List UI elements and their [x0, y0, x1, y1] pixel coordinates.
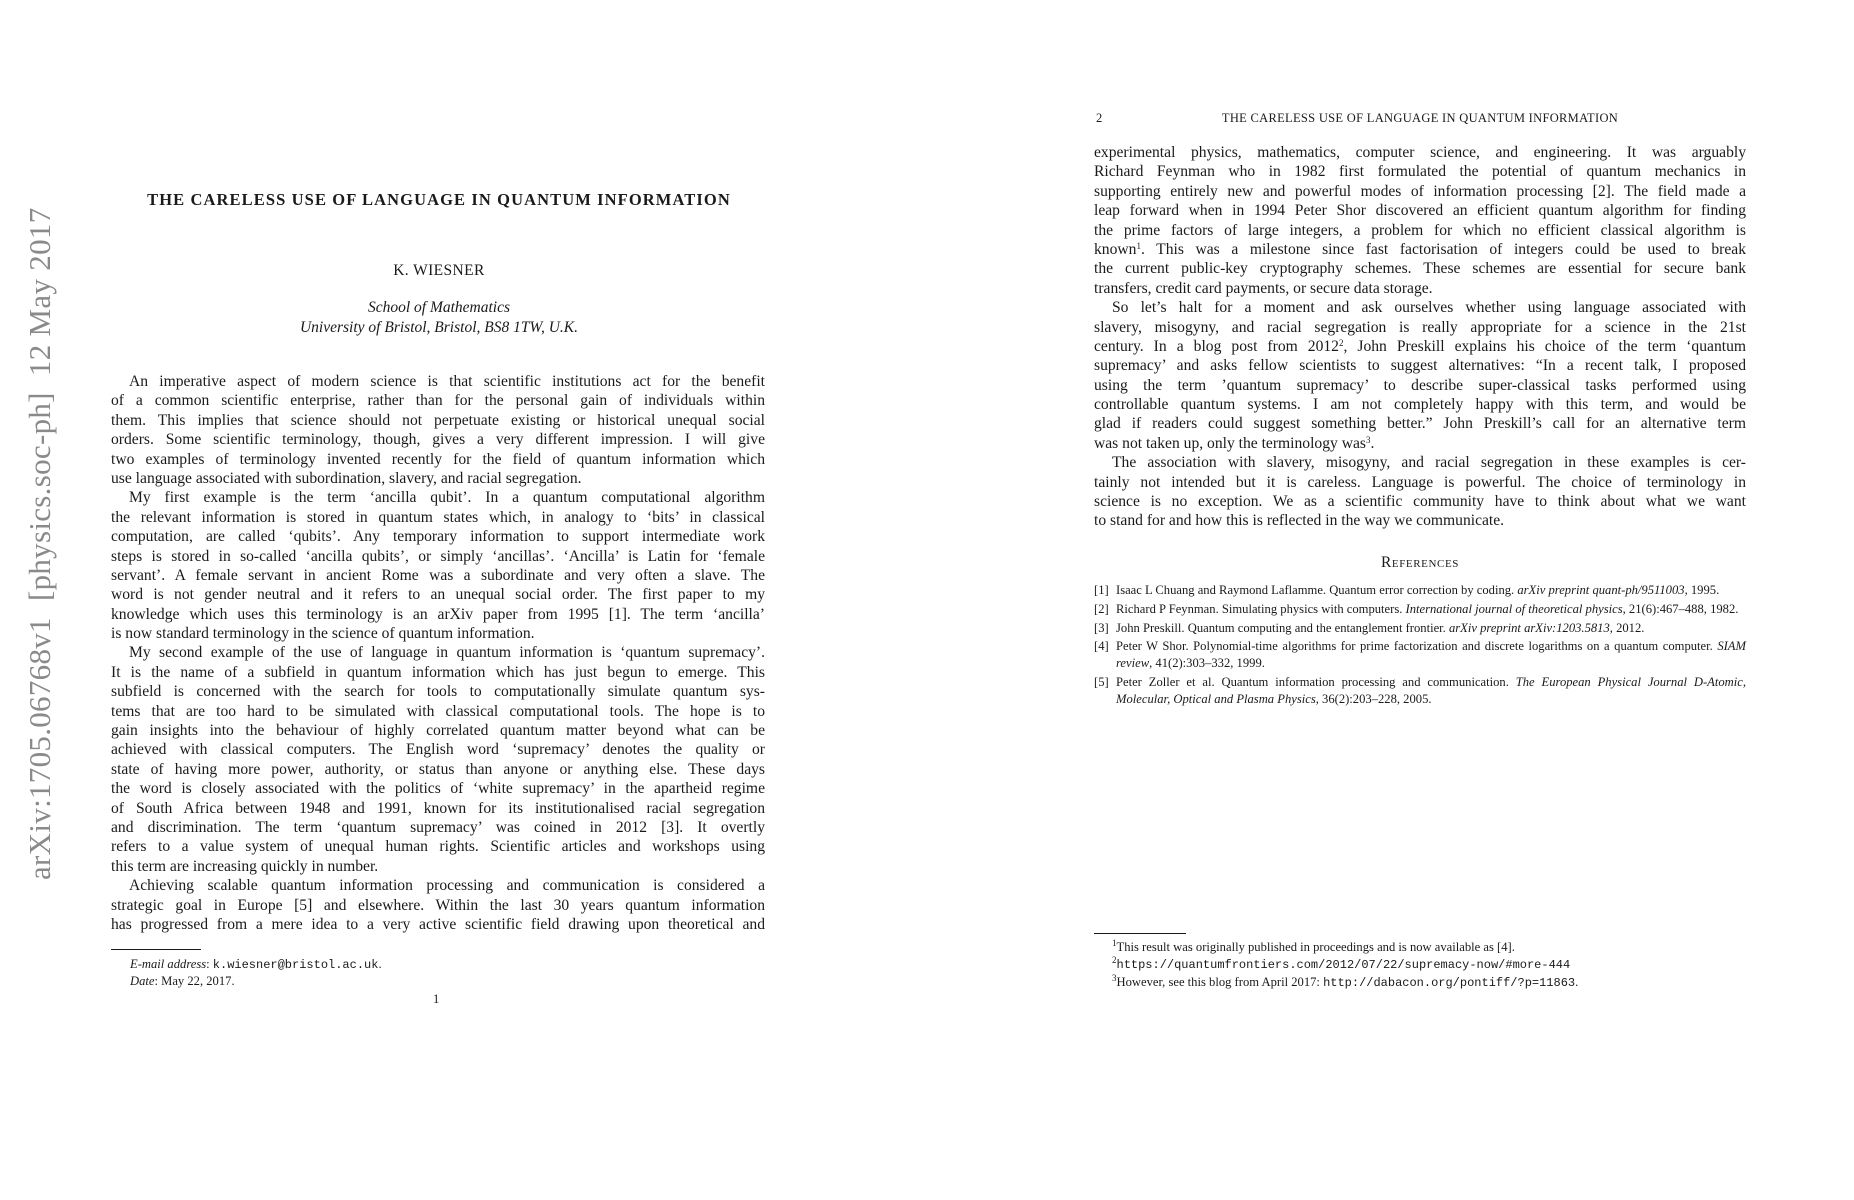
- text-run: An imperative aspect of modern science i…: [129, 373, 765, 390]
- footnote-punct: .: [1575, 975, 1578, 989]
- text-run: using the term ’quantum supremacy’ to de…: [1094, 377, 1746, 394]
- reference-authors-title: John Preskill. Quantum computing and the…: [1116, 621, 1449, 635]
- text-line: known1. This was a milestone since fast …: [1094, 240, 1746, 259]
- text-line: the word is closely associated with the …: [111, 779, 765, 798]
- text-line: controllable quantum systems. I am not c…: [1094, 395, 1746, 414]
- text-run: steps is stored in so-called ‘ancilla qu…: [111, 548, 765, 565]
- reference-authors-title: Isaac L Chuang and Raymond Laflamme. Qua…: [1116, 583, 1517, 597]
- references-list: [1]Isaac L Chuang and Raymond Laflamme. …: [1094, 582, 1746, 710]
- text-run: Richard Feynman who in 1982 first formul…: [1094, 163, 1746, 180]
- text-line: Richard Feynman who in 1982 first formul…: [1094, 162, 1746, 181]
- text-line: of South Africa between 1948 and 1991, k…: [111, 799, 765, 818]
- footnote-url[interactable]: https://quantumfrontiers.com/2012/07/22/…: [1117, 958, 1571, 972]
- date-label: Date: [130, 974, 154, 988]
- footnote: 2https://quantumfrontiers.com/2012/07/22…: [1112, 956, 1578, 974]
- reference-number: [2]: [1094, 601, 1109, 618]
- text-line: subfield is concerned with the search fo…: [111, 682, 765, 701]
- text-run: Achieving scalable quantum information p…: [129, 877, 765, 894]
- footnote: 1This result was originally published in…: [1112, 939, 1578, 956]
- text-line: leap forward when in 1994 Peter Shor dis…: [1094, 201, 1746, 220]
- text-run: is now standard terminology in the scien…: [111, 625, 535, 642]
- text-run: supremacy’ and asks fellow scientists to…: [1094, 357, 1746, 374]
- date-value: May 22, 2017.: [161, 974, 234, 988]
- text-line: word is not gender neutral and it refers…: [111, 585, 765, 604]
- text-run: the relevant information is stored in qu…: [111, 509, 765, 526]
- text-line: of a common scientific enterprise, rathe…: [111, 391, 765, 410]
- text-line: refers to a value system of unequal huma…: [111, 837, 765, 856]
- text-line: use language associated with subordinati…: [111, 469, 765, 488]
- text-run: this term are increasing quickly in numb…: [111, 858, 378, 875]
- footnote-text: This result was originally published in …: [1117, 940, 1515, 954]
- paper-title: THE CARELESS USE OF LANGUAGE IN QUANTUM …: [114, 190, 764, 210]
- running-title: THE CARELESS USE OF LANGUAGE IN QUANTUM …: [1094, 111, 1746, 126]
- text-run: So let’s halt for a moment and ask ourse…: [1112, 299, 1746, 316]
- text-run: science is no exception. We as a scienti…: [1094, 493, 1746, 510]
- email-address[interactable]: k.wiesner@bristol.ac.uk: [213, 958, 379, 972]
- text-run: state of having more power, authority, o…: [111, 761, 765, 778]
- reference-details: , 41(2):303–332, 1999.: [1149, 656, 1265, 670]
- text-run: to stand for and how this is reflected i…: [1094, 512, 1504, 529]
- text-run: subfield is concerned with the search fo…: [111, 683, 765, 700]
- text-run: controllable quantum systems. I am not c…: [1094, 396, 1746, 413]
- text-run: the word is closely associated with the …: [111, 780, 765, 797]
- reference-number: [3]: [1094, 620, 1109, 637]
- page-2-footnotes: 1This result was originally published in…: [1112, 939, 1578, 992]
- text-line: My first example is the term ‘ancilla qu…: [111, 488, 765, 507]
- text-run: the prime factors of large integers, a p…: [1094, 222, 1746, 239]
- text-run: gain insights into the behaviour of high…: [111, 722, 765, 739]
- email-footnote: E-mail address: k.wiesner@bristol.ac.uk.: [130, 956, 382, 974]
- text-run: refers to a value system of unequal huma…: [111, 838, 765, 855]
- reference-venue: arXiv preprint quant-ph/9511003: [1517, 583, 1684, 597]
- reference-venue: International journal of theoretical phy…: [1406, 602, 1623, 616]
- text-line: tainly not intended but it is careless. …: [1094, 473, 1746, 492]
- reference-item: [3]John Preskill. Quantum computing and …: [1094, 620, 1746, 637]
- text-run: tainly not intended but it is careless. …: [1094, 474, 1746, 491]
- text-line: The association with slavery, misogyny, …: [1094, 453, 1746, 472]
- text-line: supremacy’ and asks fellow scientists to…: [1094, 356, 1746, 375]
- date-footnote: Date: May 22, 2017.: [130, 973, 235, 990]
- text-line: supporting entirely new and powerful mod…: [1094, 182, 1746, 201]
- text-line: is now standard terminology in the scien…: [111, 624, 765, 643]
- text-run: glad if readers could suggest something …: [1094, 415, 1746, 432]
- reference-item: [2]Richard P Feynman. Simulating physics…: [1094, 601, 1746, 618]
- text-line: My second example of the use of language…: [111, 643, 765, 662]
- text-line: experimental physics, mathematics, compu…: [1094, 143, 1746, 162]
- references-heading: References: [1094, 554, 1746, 572]
- text-line: achieved with classical computers. The E…: [111, 740, 765, 759]
- text-run: was not taken up, only the terminology w…: [1094, 435, 1366, 452]
- text-run: servant’. A female servant in ancient Ro…: [111, 567, 765, 584]
- text-run: transfers, credit card payments, or secu…: [1094, 280, 1433, 297]
- page-number-1: 1: [433, 992, 439, 1007]
- email-label: E-mail address: [130, 957, 206, 971]
- reference-details: , 21(6):467–488, 1982.: [1623, 602, 1739, 616]
- text-run: orders. Some scientific terminology, tho…: [111, 431, 765, 448]
- reference-details: , 1995.: [1685, 583, 1720, 597]
- text-run: achieved with classical computers. The E…: [111, 741, 765, 758]
- text-run: It is the name of a subfield in quantum …: [111, 664, 765, 681]
- reference-details: , 36(2):203–228, 2005.: [1316, 692, 1432, 706]
- footnote-url[interactable]: http://dabacon.org/pontiff/?p=11863: [1323, 976, 1575, 990]
- reference-number: [4]: [1094, 638, 1109, 655]
- text-line: tems that are too hard to be simulated w…: [111, 702, 765, 721]
- affiliation-university: University of Bristol, Bristol, BS8 1TW,…: [114, 318, 764, 338]
- text-line: So let’s halt for a moment and ask ourse…: [1094, 298, 1746, 317]
- reference-venue: arXiv preprint arXiv:1203.5813: [1449, 621, 1610, 635]
- text-line: using the term ’quantum supremacy’ to de…: [1094, 376, 1746, 395]
- reference-number: [1]: [1094, 582, 1109, 599]
- text-line: to stand for and how this is reflected i…: [1094, 511, 1746, 530]
- text-run: two examples of terminology invented rec…: [111, 451, 765, 468]
- text-line: servant’. A female servant in ancient Ro…: [111, 566, 765, 585]
- text-run: of a common scientific enterprise, rathe…: [111, 392, 765, 409]
- text-run: word is not gender neutral and it refers…: [111, 586, 765, 603]
- text-line: It is the name of a subfield in quantum …: [111, 663, 765, 682]
- text-run: supporting entirely new and powerful mod…: [1094, 183, 1746, 200]
- text-run: use language associated with subordinati…: [111, 470, 582, 487]
- reference-authors-title: Peter Zoller et al. Quantum information …: [1116, 675, 1516, 689]
- affiliation: School of Mathematics University of Bris…: [114, 298, 764, 337]
- text-line: knowledge which uses this terminology is…: [111, 605, 765, 624]
- text-run: My first example is the term ‘ancilla qu…: [129, 489, 765, 506]
- text-run: computation, are called ‘qubits’. Any te…: [111, 528, 765, 545]
- reference-item: [5]Peter Zoller et al. Quantum informati…: [1094, 674, 1746, 708]
- text-line: this term are increasing quickly in numb…: [111, 857, 765, 876]
- text-run: slavery, misogyny, and racial segregatio…: [1094, 319, 1746, 336]
- text-line: the prime factors of large integers, a p…: [1094, 221, 1746, 240]
- text-line: the relevant information is stored in qu…: [111, 508, 765, 527]
- text-line: Achieving scalable quantum information p…: [111, 876, 765, 895]
- footnote-text: However, see this blog from April 2017:: [1117, 975, 1324, 989]
- text-line: century. In a blog post from 20122, John…: [1094, 337, 1746, 356]
- text-line: An imperative aspect of modern science i…: [111, 372, 765, 391]
- page-1-body: An imperative aspect of modern science i…: [111, 372, 765, 934]
- reference-details: , 2012.: [1610, 621, 1645, 635]
- text-run: .: [1370, 435, 1374, 452]
- text-run: tems that are too hard to be simulated w…: [111, 703, 765, 720]
- text-run: strategic goal in Europe [5] and elsewhe…: [111, 897, 765, 914]
- text-run: . This was a milestone since fast factor…: [1141, 241, 1746, 258]
- text-line: science is no exception. We as a scienti…: [1094, 492, 1746, 511]
- reference-item: [4]Peter W Shor. Polynomial-time algorit…: [1094, 638, 1746, 672]
- text-run: knowledge which uses this terminology is…: [111, 606, 765, 623]
- text-line: orders. Some scientific terminology, tho…: [111, 430, 765, 449]
- text-run: experimental physics, mathematics, compu…: [1094, 144, 1746, 161]
- author-name: K. WIESNER: [114, 262, 764, 280]
- text-run: the current public-key cryptography sche…: [1094, 260, 1746, 277]
- text-line: two examples of terminology invented rec…: [111, 450, 765, 469]
- text-line: transfers, credit card payments, or secu…: [1094, 279, 1746, 298]
- footnote-rule: [111, 949, 201, 950]
- text-line: computation, are called ‘qubits’. Any te…: [111, 527, 765, 546]
- page-2-body: experimental physics, mathematics, compu…: [1094, 143, 1746, 531]
- text-line: slavery, misogyny, and racial segregatio…: [1094, 318, 1746, 337]
- text-run: has progressed from a mere idea to a ver…: [111, 916, 765, 933]
- footnote-rule: [1094, 933, 1186, 934]
- reference-authors-title: Richard P Feynman. Simulating physics wi…: [1116, 602, 1406, 616]
- text-run: century. In a blog post from 2012: [1094, 338, 1339, 355]
- text-line: was not taken up, only the terminology w…: [1094, 434, 1746, 453]
- text-run: leap forward when in 1994 Peter Shor dis…: [1094, 202, 1746, 219]
- reference-item: [1]Isaac L Chuang and Raymond Laflamme. …: [1094, 582, 1746, 599]
- affiliation-school: School of Mathematics: [114, 298, 764, 318]
- text-line: them. This implies that science should n…: [111, 411, 765, 430]
- text-line: the current public-key cryptography sche…: [1094, 259, 1746, 278]
- footnote: 3However, see this blog from April 2017:…: [1112, 974, 1578, 992]
- text-line: has progressed from a mere idea to a ver…: [111, 915, 765, 934]
- text-line: strategic goal in Europe [5] and elsewhe…: [111, 896, 765, 915]
- text-line: and discrimination. The term ‘quantum su…: [111, 818, 765, 837]
- text-run: and discrimination. The term ‘quantum su…: [111, 819, 765, 836]
- text-line: state of having more power, authority, o…: [111, 760, 765, 779]
- text-run: of South Africa between 1948 and 1991, k…: [111, 800, 765, 817]
- text-run: , John Preskill explains his choice of t…: [1343, 338, 1746, 355]
- text-run: them. This implies that science should n…: [111, 412, 765, 429]
- text-line: gain insights into the behaviour of high…: [111, 721, 765, 740]
- text-run: known: [1094, 241, 1136, 258]
- text-run: The association with slavery, misogyny, …: [1112, 454, 1746, 471]
- text-line: glad if readers could suggest something …: [1094, 414, 1746, 433]
- text-line: steps is stored in so-called ‘ancilla qu…: [111, 547, 765, 566]
- text-run: My second example of the use of language…: [129, 644, 765, 661]
- arxiv-stamp: arXiv:1705.06768v1 [physics.soc-ph] 12 M…: [22, 220, 62, 880]
- reference-number: [5]: [1094, 674, 1109, 691]
- reference-authors-title: Peter W Shor. Polynomial-time algorithms…: [1116, 639, 1717, 653]
